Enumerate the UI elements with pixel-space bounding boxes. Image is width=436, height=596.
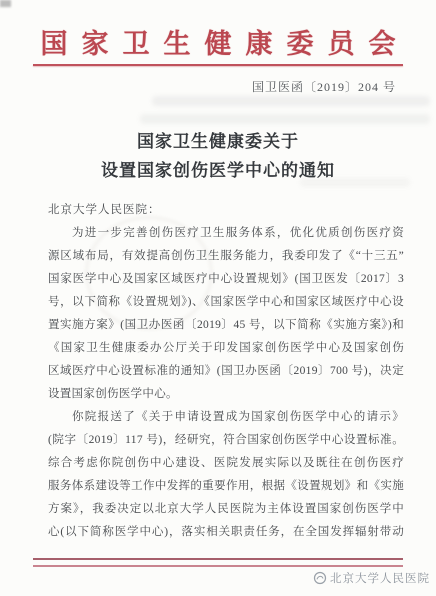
body-line: 心(以下简称医学中心)，落实相关职责任务，在全国发挥辐射带动 [48,521,404,544]
document-number: 国卫医函〔2019〕204 号 [252,78,396,95]
official-notice-page: 国家卫生健康委员会 国卫医函〔2019〕204 号 国家卫生健康委关于 设置国家… [0,0,436,596]
source-watermark: 北京大学人民医院 [313,570,430,586]
scan-corner-artifact [0,0,11,7]
watermark-text: 北京大学人民医院 [330,570,430,586]
body-line: 设置国家创伤医学中心。 [48,383,404,406]
notice-title: 国家卫生健康委关于 设置国家创伤医学中心的通知 [0,127,436,185]
body-line: 号，以下简称《设置规划》)、《国家医学中心和国家区域医疗中心设 [48,291,404,314]
bleed-through-smudge [152,96,430,106]
notice-body: 北京大学人民医院： 为进一步完善创伤医疗卫生服务体系，优化优质创伤医疗资 源区域… [48,199,404,544]
body-line: 国家医学中心及国家区域医疗中心设置规划》(国卫医发〔2017〕3 [48,268,404,291]
body-line: 综合考虑你院创伤中心建设、医院发展实际以及既往在创伤医疗 [48,452,404,475]
body-line: 服务体系建设等工作中发挥的重要作用，根据《设置规划》和《实施 [48,475,404,498]
body-line: 区域医疗中心设置标准的通知》(国卫办医函〔2019〕700 号)，决定 [48,360,404,383]
body-line: 方案》，我委决定以北京大学人民医院为主体设置国家创伤医学中 [48,498,404,521]
body-line: 为进一步完善创伤医疗卫生服务体系，优化优质创伤医疗资 [48,222,404,245]
footer-divider [33,558,403,567]
body-line: (院字〔2019〕117 号)，经研究，符合国家创伤医学中心设置标准。 [48,429,404,452]
notice-title-line2: 设置国家创伤医学中心的通知 [0,156,436,185]
body-line: 《国家卫生健康委办公厅关于印发国家创伤医学中心及国家创伤 [48,337,404,360]
hospital-logo-icon [313,571,327,585]
body-line: 源区域布局，有效提高创伤卫生服务能力，我委印发了《“十三五” [48,245,404,268]
bleed-through-smudge [140,114,430,124]
issuing-org-title: 国家卫生健康委员会 [0,22,436,61]
body-line: 置实施方案》(国卫办医函〔2019〕45 号，以下简称《实施方案》)和 [48,314,404,337]
notice-title-line1: 国家卫生健康委关于 [0,127,436,156]
header-divider [33,64,403,66]
body-line: 你院报送了《关于申请设置成为国家创伤医学中心的请示》 [48,406,404,429]
salutation: 北京大学人民医院： [48,199,404,222]
